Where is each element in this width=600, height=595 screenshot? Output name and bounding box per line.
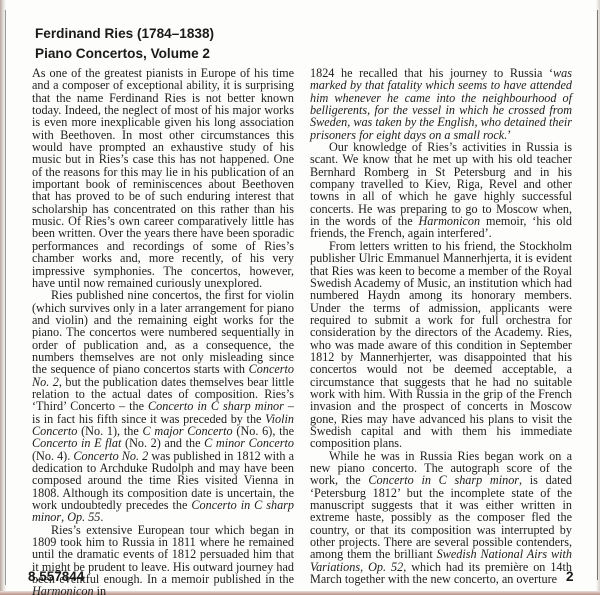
page-title: Ferdinand Ries (1784–1838) Piano Concert… bbox=[35, 24, 214, 64]
paragraph: 1824 he recalled that his journey to Rus… bbox=[310, 67, 572, 141]
paragraph: Our knowledge of Ries’s activities in Ru… bbox=[310, 141, 572, 240]
page-edge-right-line bbox=[597, 10, 598, 580]
paragraph: From letters written to his friend, the … bbox=[310, 240, 572, 450]
paragraph: Ries’s extensive European tour which beg… bbox=[32, 524, 294, 595]
title-composer: Ferdinand Ries (1784–1838) bbox=[35, 24, 214, 44]
page-edge-left-line bbox=[5, 10, 6, 585]
right-column: 1824 he recalled that his journey to Rus… bbox=[310, 67, 572, 585]
left-column: As one of the greatest pianists in Europ… bbox=[32, 67, 294, 595]
title-album: Piano Concertos, Volume 2 bbox=[35, 44, 214, 64]
paragraph: Ries published nine concertos, the first… bbox=[32, 289, 294, 524]
paragraph: As one of the greatest pianists in Europ… bbox=[32, 67, 294, 289]
page-number: 2 bbox=[566, 569, 574, 584]
paragraph: While he was in Russia Ries began work o… bbox=[310, 450, 572, 586]
catalog-number: 8.557844 bbox=[28, 569, 84, 584]
